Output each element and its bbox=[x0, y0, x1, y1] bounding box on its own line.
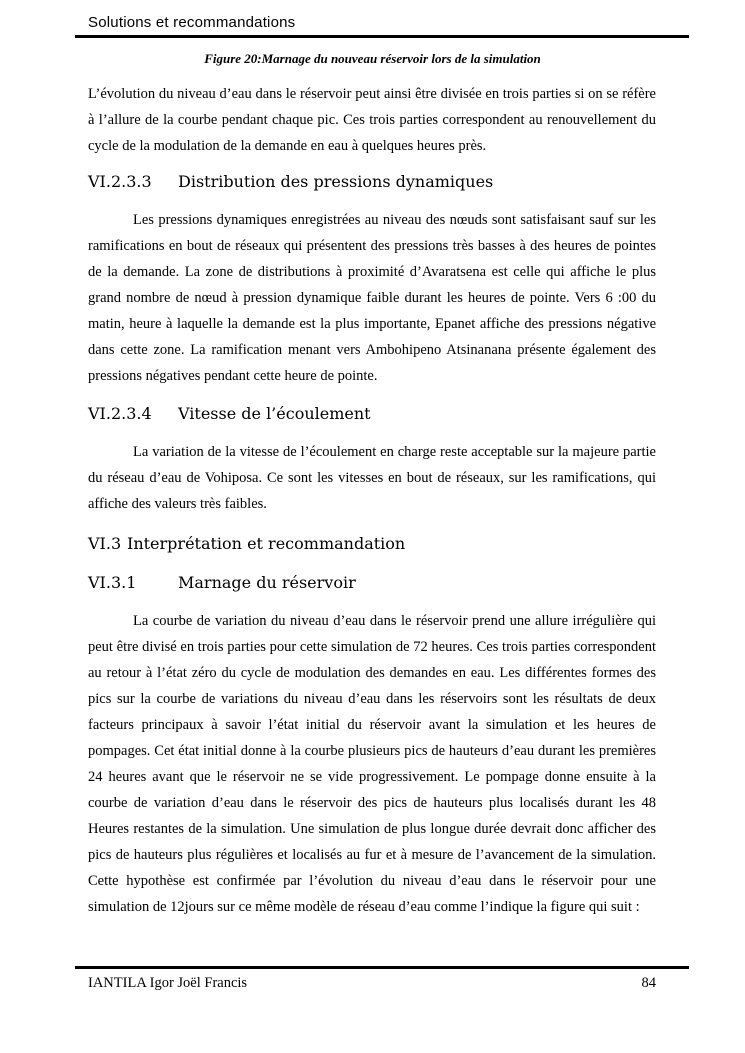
paragraph-pressions: Les pressions dynamiques enregistrées au… bbox=[88, 207, 656, 389]
section-title: Distribution des pressions dynamiques bbox=[178, 172, 493, 191]
header-rule bbox=[75, 35, 689, 38]
section-title: Marnage du réservoir bbox=[178, 573, 356, 592]
page-footer: IANTILA Igor Joël Francis 84 bbox=[0, 966, 745, 992]
paragraph-intro: L’évolution du niveau d’eau dans le rése… bbox=[88, 81, 656, 159]
document-page: Solutions et recommandations Figure 20:M… bbox=[0, 0, 745, 1053]
figure-caption: Figure 20:Marnage du nouveau réservoir l… bbox=[0, 51, 745, 67]
section-number: VI.3 bbox=[88, 532, 127, 556]
document-body: L’évolution du niveau d’eau dans le rése… bbox=[88, 81, 656, 920]
footer-author: IANTILA Igor Joël Francis bbox=[88, 975, 247, 992]
footer-row: IANTILA Igor Joël Francis 84 bbox=[88, 975, 656, 992]
section-heading-vi31: VI.3.1Marnage du réservoir bbox=[88, 571, 656, 595]
section-number: VI.2.3.3 bbox=[88, 170, 178, 194]
footer-rule bbox=[75, 966, 689, 969]
section-number: VI.2.3.4 bbox=[88, 402, 178, 426]
section-heading-vi233: VI.2.3.3Distribution des pressions dynam… bbox=[88, 170, 656, 194]
paragraph-vitesse: La variation de la vitesse de l’écouleme… bbox=[88, 439, 656, 517]
footer-page-number: 84 bbox=[642, 975, 657, 992]
page-header: Solutions et recommandations bbox=[0, 0, 745, 38]
paragraph-marnage: La courbe de variation du niveau d’eau d… bbox=[88, 608, 656, 920]
section-title: Vitesse de l’écoulement bbox=[178, 404, 371, 423]
section-heading-vi3: VI.3Interprétation et recommandation bbox=[88, 532, 656, 556]
section-heading-vi234: VI.2.3.4Vitesse de l’écoulement bbox=[88, 402, 656, 426]
section-title: Interprétation et recommandation bbox=[127, 534, 405, 553]
running-header-title: Solutions et recommandations bbox=[88, 14, 745, 31]
section-number: VI.3.1 bbox=[88, 571, 178, 595]
